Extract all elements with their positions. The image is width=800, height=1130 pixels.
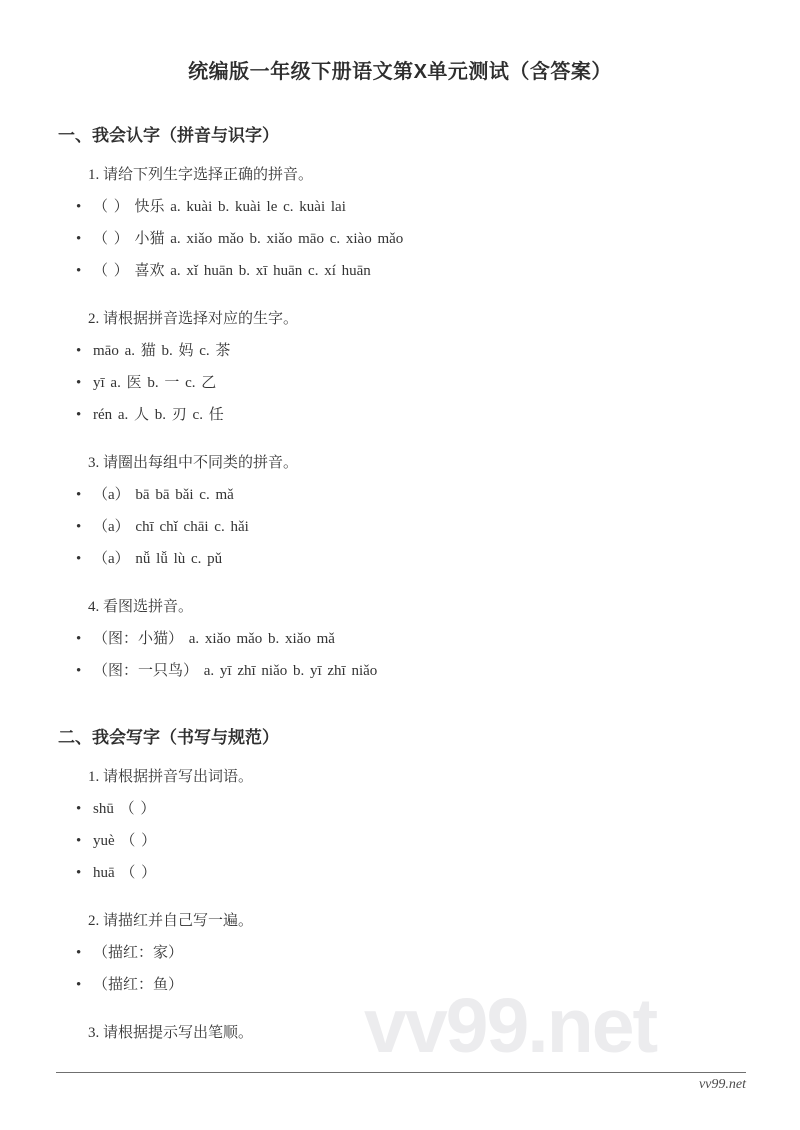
- bullet-icon: •: [76, 863, 81, 883]
- option-text: （a） nǚ lǚ lù c. pǔ: [93, 551, 222, 567]
- bullet-icon: •: [76, 373, 81, 393]
- document-page: 统编版一年级下册语文第X单元测试（含答案） 一、我会认字（拼音与识字） 1. 请…: [0, 58, 800, 1043]
- footer-site-label: vv99.net: [56, 1076, 746, 1094]
- option-text: （描红：家）: [93, 945, 183, 961]
- page-footer: vv99.net: [56, 1072, 746, 1094]
- list-item: •huā （ ）: [76, 863, 744, 883]
- list-item: •（图：小猫） a. xiǎo mǎo b. xiǎo mǎ: [76, 629, 744, 649]
- bullet-icon: •: [76, 517, 81, 537]
- list-item: •māo a. 猫 b. 妈 c. 茶: [76, 341, 744, 361]
- question-6-prompt: 2. 请描红并自己写一遍。: [88, 911, 744, 931]
- bullet-icon: •: [76, 661, 81, 681]
- option-text: （图：一只鸟） a. yī zhī niǎo b. yī zhī niǎo: [93, 663, 377, 679]
- option-text: （a） bā bā bǎi c. mǎ: [93, 487, 234, 503]
- list-item: •（a） chī chǐ chāi c. hǎi: [76, 517, 744, 537]
- option-text: （ ） 喜欢 a. xǐ huān b. xī huān c. xí huān: [93, 263, 371, 279]
- list-item: •（ ） 快乐 a. kuài b. kuài le c. kuài lai: [76, 197, 744, 217]
- bullet-icon: •: [76, 831, 81, 851]
- question-4-options: •（图：小猫） a. xiǎo mǎo b. xiǎo mǎ •（图：一只鸟） …: [56, 629, 744, 681]
- option-text: māo a. 猫 b. 妈 c. 茶: [93, 343, 230, 359]
- option-text: yuè （ ）: [93, 833, 156, 849]
- list-item: •（图：一只鸟） a. yī zhī niǎo b. yī zhī niǎo: [76, 661, 744, 681]
- bullet-icon: •: [76, 197, 81, 217]
- question-2-prompt: 2. 请根据拼音选择对应的生字。: [88, 309, 744, 329]
- bullet-icon: •: [76, 261, 81, 281]
- question-5-options: •shū （ ） •yuè （ ） •huā （ ）: [56, 799, 744, 883]
- question-1-prompt: 1. 请给下列生字选择正确的拼音。: [88, 165, 744, 185]
- bullet-icon: •: [76, 549, 81, 569]
- bullet-icon: •: [76, 485, 81, 505]
- bullet-icon: •: [76, 943, 81, 963]
- document-title: 统编版一年级下册语文第X单元测试（含答案）: [56, 58, 744, 86]
- bullet-icon: •: [76, 629, 81, 649]
- list-item: •rén a. 人 b. 刃 c. 任: [76, 405, 744, 425]
- option-text: （a） chī chǐ chāi c. hǎi: [93, 519, 249, 535]
- list-item: •（描红：家）: [76, 943, 744, 963]
- section-2-heading: 二、我会写字（书写与规范）: [58, 727, 744, 749]
- question-2-options: •māo a. 猫 b. 妈 c. 茶 •yī a. 医 b. 一 c. 乙 •…: [56, 341, 744, 425]
- bullet-icon: •: [76, 975, 81, 995]
- question-1-options: •（ ） 快乐 a. kuài b. kuài le c. kuài lai •…: [56, 197, 744, 281]
- bullet-icon: •: [76, 341, 81, 361]
- list-item: •yī a. 医 b. 一 c. 乙: [76, 373, 744, 393]
- option-text: rén a. 人 b. 刃 c. 任: [93, 407, 224, 423]
- list-item: •（a） nǚ lǚ lù c. pǔ: [76, 549, 744, 569]
- list-item: •shū （ ）: [76, 799, 744, 819]
- section-1-heading: 一、我会认字（拼音与识字）: [58, 125, 744, 147]
- list-item: •（a） bā bā bǎi c. mǎ: [76, 485, 744, 505]
- list-item: •yuè （ ）: [76, 831, 744, 851]
- list-item: •（ ） 喜欢 a. xǐ huān b. xī huān c. xí huān: [76, 261, 744, 281]
- question-7-prompt: 3. 请根据提示写出笔顺。: [88, 1023, 744, 1043]
- option-text: huā （ ）: [93, 865, 156, 881]
- option-text: shū （ ）: [93, 801, 155, 817]
- question-3-prompt: 3. 请圈出每组中不同类的拼音。: [88, 453, 744, 473]
- option-text: （ ） 快乐 a. kuài b. kuài le c. kuài lai: [93, 199, 346, 215]
- question-4-prompt: 4. 看图选拼音。: [88, 597, 744, 617]
- question-5-prompt: 1. 请根据拼音写出词语。: [88, 767, 744, 787]
- option-text: （图：小猫） a. xiǎo mǎo b. xiǎo mǎ: [93, 631, 335, 647]
- document-canvas: { "title": "统编版一年级下册语文第X单元测试（含答案）", "wat…: [0, 0, 800, 1130]
- bullet-icon: •: [76, 405, 81, 425]
- option-text: （描红：鱼）: [93, 977, 183, 993]
- option-text: yī a. 医 b. 一 c. 乙: [93, 375, 216, 391]
- list-item: •（描红：鱼）: [76, 975, 744, 995]
- bullet-icon: •: [76, 229, 81, 249]
- list-item: •（ ） 小猫 a. xiǎo mǎo b. xiǎo māo c. xiào …: [76, 229, 744, 249]
- bullet-icon: •: [76, 799, 81, 819]
- question-3-options: •（a） bā bā bǎi c. mǎ •（a） chī chǐ chāi c…: [56, 485, 744, 569]
- option-text: （ ） 小猫 a. xiǎo mǎo b. xiǎo māo c. xiào m…: [93, 231, 403, 247]
- question-6-options: •（描红：家） •（描红：鱼）: [56, 943, 744, 995]
